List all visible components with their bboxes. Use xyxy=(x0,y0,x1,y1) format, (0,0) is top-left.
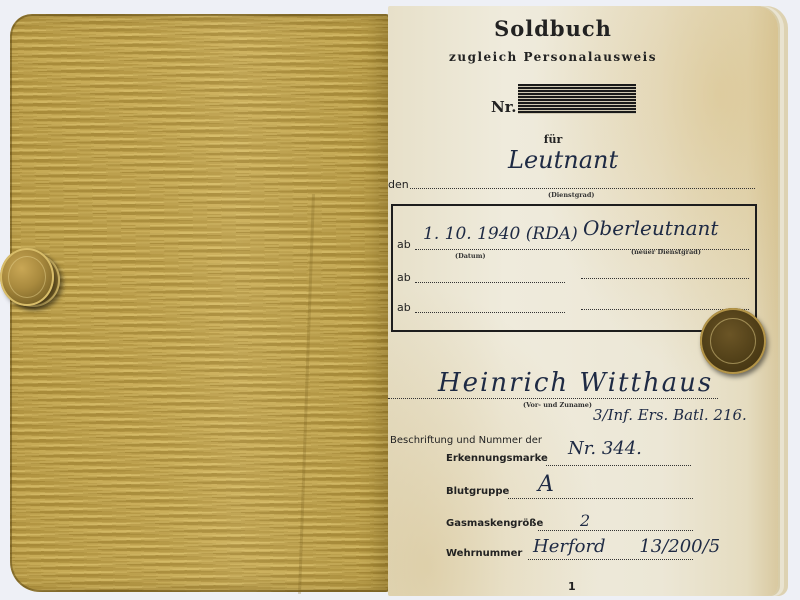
coin xyxy=(0,248,54,306)
gasmaskengroesse-label: Gasmaskengröße xyxy=(446,518,543,529)
cover xyxy=(10,14,390,592)
wehrnummer-value: Herford 13/200/5 xyxy=(533,536,720,557)
erkennungsmarke-label: Erkennungsmarke xyxy=(446,453,548,464)
nr-redaction-bar xyxy=(518,84,636,114)
rank-caption: (Dienstgrad) xyxy=(548,191,595,199)
erkennungsmarke-label-line1: Beschriftung und Nummer der xyxy=(390,435,542,446)
erkennungsmarke-line xyxy=(546,465,691,466)
gasmaskengroesse-line xyxy=(538,530,693,531)
page-subtitle: zugleich Personalausweis xyxy=(388,50,718,64)
page-number: 1 xyxy=(568,580,576,593)
blutgruppe-label: Blutgruppe xyxy=(446,486,509,497)
rank-line xyxy=(410,188,755,189)
blutgruppe-line xyxy=(508,498,693,499)
promotion-box: ab 1. 10. 1940 (RDA) Oberleutnant (Datum… xyxy=(391,204,757,332)
new-rank-caption: (neuer Dienstgrad) xyxy=(631,248,701,256)
coin-ring xyxy=(710,318,756,364)
gasmaskengroesse-value: 2 xyxy=(580,511,590,530)
den-label: den xyxy=(388,178,409,191)
wehrnummer-line xyxy=(528,559,693,560)
erkennungsmarke-value: Nr. 344. xyxy=(568,438,642,459)
nr-label: Nr. xyxy=(491,98,516,116)
name-caption: (Vor- und Zuname) xyxy=(523,401,592,409)
promotion-date: 1. 10. 1940 (RDA) xyxy=(423,224,578,244)
coin-right xyxy=(700,308,766,374)
promotion-date-line xyxy=(415,282,565,283)
promotion-date-line xyxy=(415,312,565,313)
coin-ring xyxy=(8,256,46,298)
document-page: Soldbuch zugleich Personalausweis Nr. fü… xyxy=(388,6,778,596)
page-title: Soldbuch xyxy=(388,16,718,41)
wehrnummer-label: Wehrnummer xyxy=(446,548,522,559)
promotion-row-prefix: ab xyxy=(397,238,411,251)
cover-crease xyxy=(298,194,315,594)
fuer-label: für xyxy=(388,133,718,146)
unit-handwritten: 3/Inf. Ers. Batl. 216. xyxy=(593,406,747,424)
promotion-rank-line xyxy=(581,278,749,279)
promotion-row-prefix: ab xyxy=(397,301,411,314)
promotion-row-prefix: ab xyxy=(397,271,411,284)
rank-handwritten: Leutnant xyxy=(508,146,618,174)
blutgruppe-value: A xyxy=(538,472,554,497)
name-handwritten: Heinrich Witthaus xyxy=(438,368,713,398)
date-caption: (Datum) xyxy=(455,252,486,260)
promotion-new-rank: Oberleutnant xyxy=(583,216,718,240)
name-line xyxy=(388,398,718,399)
